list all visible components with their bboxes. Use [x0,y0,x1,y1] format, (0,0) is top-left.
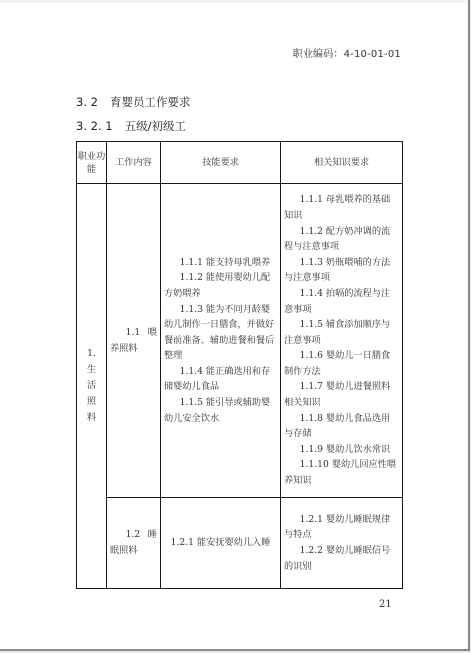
column-header-skills: 技能要求 [161,142,281,184]
knowledge-item: 1.1.6 婴幼儿一日膳食制作方法 [284,348,399,379]
work-content-text: 1.2 睡 眠照料 [110,527,157,558]
knowledge-item: 1.1.7 婴幼儿进餐照料相关知识 [284,379,399,410]
subsection-number: 3. 2. 1 [76,119,113,133]
knowledge-item: 1.1.1 母乳喂养的基础知识 [284,192,399,223]
document-page: 职业编码：4-10-01-01 3. 2育婴员工作要求 3. 2. 1五级/初级… [0,0,470,651]
function-label-char: 生 [81,362,102,378]
section-title: 育婴员工作要求 [110,95,191,109]
work-content-text: 1.1 喂 养照料 [110,325,157,356]
knowledge-item: 1.2.2 婴幼儿睡眠信号的识别 [284,543,399,574]
table-row: 1.2 睡 眠照料 1.2.1 能安抚婴幼儿入睡 1.2.1 婴幼儿睡眠规律与特… [77,498,403,589]
column-header-work-content: 工作内容 [107,142,161,184]
knowledge-item: 1.1.5 辅食添加顺序与注意事项 [284,317,399,348]
page-top-band [0,0,468,3]
section-number: 3. 2 [76,95,98,109]
function-label-char: 活 [81,378,102,394]
knowledge-item: 1.2.1 婴幼儿睡眠规律与特点 [284,512,399,543]
skill-item: 1.1.2 能使用婴幼儿配方奶喂养 [164,270,277,301]
skill-item: 1.1.1 能支持母乳喂养 [164,255,277,271]
column-header-function: 职业功能 [77,142,107,184]
section-heading: 3. 2育婴员工作要求 [76,94,190,110]
skill-item: 1.2.1 能安抚婴幼儿入睡 [171,537,271,548]
subsection-heading: 3. 2. 1五级/初级工 [76,118,186,134]
knowledge-item: 1.1.9 婴幼儿饮水常识 [284,442,399,458]
subsection-title: 五级/初级工 [125,119,186,133]
function-cell: 1. 生 活 照 料 [77,184,107,589]
knowledge-item: 1.1.3 奶瓶喂哺的方法与注意事项 [284,255,399,286]
function-label-char: 1. [81,346,102,362]
work-content-cell: 1.1 喂 养照料 [107,184,161,498]
work-content-cell: 1.2 睡 眠照料 [107,498,161,589]
function-label-char: 照 [81,394,102,410]
table-row: 1. 生 活 照 料 1.1 喂 养照料 1.1.1 能支持母乳喂养 1.1.2… [77,184,403,498]
knowledge-item: 1.1.8 婴幼儿食品选用与存储 [284,411,399,442]
knowledge-cell: 1.1.1 母乳喂养的基础知识 1.1.2 配方奶冲调的流程与注意事项 1.1.… [281,184,403,498]
column-header-knowledge: 相关知识要求 [281,142,403,184]
knowledge-item: 1.1.4 拍嗝的流程与注意事项 [284,286,399,317]
skills-cell: 1.1.1 能支持母乳喂养 1.1.2 能使用婴幼儿配方奶喂养 1.1.3 能为… [161,184,281,498]
page-number: 21 [379,599,392,610]
skill-item: 1.1.5 能引导或辅助婴幼儿安全饮水 [164,395,277,426]
knowledge-cell: 1.2.1 婴幼儿睡眠规律与特点 1.2.2 婴幼儿睡眠信号的识别 [281,498,403,589]
skills-cell: 1.2.1 能安抚婴幼儿入睡 [161,498,281,589]
knowledge-item: 1.1.10 婴幼儿回应性喂养知识 [284,457,399,488]
function-label-char: 料 [81,410,102,426]
skill-item: 1.1.3 能为不同月龄婴幼儿制作一日膳食，并做好餐前准备、辅助进餐和餐后整理 [164,302,277,364]
requirements-table: 职业功能 工作内容 技能要求 相关知识要求 1. 生 活 照 料 1.1 喂 养… [76,141,403,589]
knowledge-item: 1.1.2 配方奶冲调的流程与注意事项 [284,224,399,255]
occupation-code: 职业编码：4-10-01-01 [293,45,401,60]
skill-item: 1.1.4 能正确选用和存储婴幼儿食品 [164,364,277,395]
table-header-row: 职业功能 工作内容 技能要求 相关知识要求 [77,142,403,184]
